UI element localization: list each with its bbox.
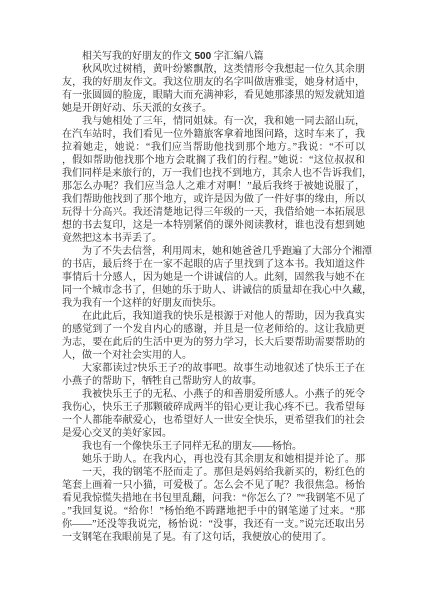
title-prefix: 相关写我的好朋友的作文 (82, 51, 195, 62)
paragraph-line: 我也有一个像快乐王子同样无私的朋友——杨怡。 (62, 440, 365, 453)
paragraph-line: 那怎么办呢？我们应当急人之难才对啊！”最后我终于被她说服了， (62, 180, 365, 193)
paragraph-line: 看见我惊慌失措地在书包里乱翻，问我：“你怎么了？”“我钢笔不见了 (62, 492, 365, 505)
paragraph-line: 她是开朗好动、乐天派的女孩子。 (62, 102, 365, 115)
paragraph-line: 的感觉到了一个发自内心的感谢，并且是一位老师给的。这让我励更 (62, 323, 365, 336)
paragraph-line: 玩得十分高兴。我还清楚地记得三年级的一天，我借给她一本拓展思 (62, 206, 365, 219)
paragraph-line: 有一张圆圆的脸庞，眼睛大而充满神彩，看见她那漆黑的短发就知道 (62, 89, 365, 102)
paragraph-line: 你——”还没等我说完，杨怡说：“没事，我还有一支。”说完还取出另 (62, 518, 365, 531)
paragraph-line: 大家都读过?快乐王子?的故事吧。故事生动地叙述了快乐王子在 (62, 362, 365, 375)
paragraph-line: 拉着她走，她说：“我们应当帮助他找到那个地方。”我说：“不可以 (62, 141, 365, 154)
paragraph-line: 同一个城市念书了，但她的乐于助人、讲诚信的质量却在我心中久藏， (62, 284, 365, 297)
paragraph-line: 一个人都能奉献爱心，也希望好人一世安全快乐，更希望我们的社会 (62, 414, 365, 427)
title-number: 500 (195, 51, 212, 62)
paragraph-line: 想的书去复印，这是一本特别紧俏的课外阅读教材，谁也没有想到她 (62, 219, 365, 232)
paragraph-line: 她乐于助人。在我内心，再也没有其余朋友和她相提并论了。那 (62, 453, 365, 466)
document-page: 相关写我的好朋友的作文 500 字汇编八篇 秋风吹过树梢，黄叶纷繁飘散，这类情形… (0, 0, 423, 600)
document-body: 相关写我的好朋友的作文 500 字汇编八篇 秋风吹过树梢，黄叶纷繁飘散，这类情形… (62, 50, 365, 544)
paragraph-line: 事情后十分感人，因为她是一个讲诚信的人。此刻，固然我与她不在 (62, 271, 365, 284)
paragraph-line: 友，我的好朋友作文。我这位朋友的名字叫做唐雅雯，她身材适中， (62, 76, 365, 89)
document-title: 相关写我的好朋友的作文 500 字汇编八篇 (62, 50, 365, 63)
paragraph-line: ，假如帮助他找那个地方会耽搁了我们的行程。”她说：“这位叔叔和 (62, 154, 365, 167)
paragraph-line: 我伤心，快乐王子那颗破碎成两半的铅心更让我心疼不已。我希望每 (62, 401, 365, 414)
paragraph-line: 在此此后，我知道我的快乐是根源于对他人的帮助，因为我真实 (62, 310, 365, 323)
paragraph-line: 我们帮助他找到了那个地方，或许是因为做了一件好事的缘由，所以 (62, 193, 365, 206)
paragraph-line: 我被快乐王子的无私、小燕子的和善朋爱所感人。小燕子的死令 (62, 388, 365, 401)
paragraph-line: 为了不失去信誉，利用周末，她和她爸爸几乎跑遍了大部分个湘潭 (62, 245, 365, 258)
paragraph-line: 人，做一个对社会实用的人。 (62, 349, 365, 362)
paragraph-line: 。”我回复说。“给你！”杨怡绝不踌躇地把手中的钢笔递了过来。“那 (62, 505, 365, 518)
paragraph-line: 小燕子的帮助下，牺牲自己帮助穷人的故事。 (62, 375, 365, 388)
paragraph-line: 秋风吹过树梢，黄叶纷繁飘散，这类情形令我想起一位久其余朋 (62, 63, 365, 76)
paragraph-line: 竟然把这本书弄丢了。 (62, 232, 365, 245)
paragraph-line: 笔套上画着一只小猫，可爱极了。怎么会不见了呢？我很焦急。杨怡 (62, 479, 365, 492)
title-suffix: 字汇编八篇 (211, 51, 264, 62)
paragraph-line: 为志，要在此后的生活中更为的努力学习，长大后要帮助需要帮助的 (62, 336, 365, 349)
paragraph-line: 一支钢笔在我眼前晃了晃。有了这句话，我便放心的使用了。 (62, 531, 365, 544)
paragraph-line: 我与她相处了三年，情同姐妹。有一次，我和她一同去韶山玩， (62, 115, 365, 128)
paragraph-line: 在汽车站时，我们看见一位外籍旅客拿着地图问路，这时车来了，我 (62, 128, 365, 141)
paragraph-line: 我们同样是来旅行的，万一我们也找不到地方，其余人也不告诉我们， (62, 167, 365, 180)
paragraph-line: 一天，我的钢笔不胫而走了。那但是妈妈给我新买的，粉红色的 (62, 466, 365, 479)
paragraph-line: 是爱心交叉的美好家园。 (62, 427, 365, 440)
paragraph-line: 我为我有一个这样的好朋友而快乐。 (62, 297, 365, 310)
paragraph-line: 的书店，最后终于在一家不起眼的店子里找到了这本书。我知道这件 (62, 258, 365, 271)
